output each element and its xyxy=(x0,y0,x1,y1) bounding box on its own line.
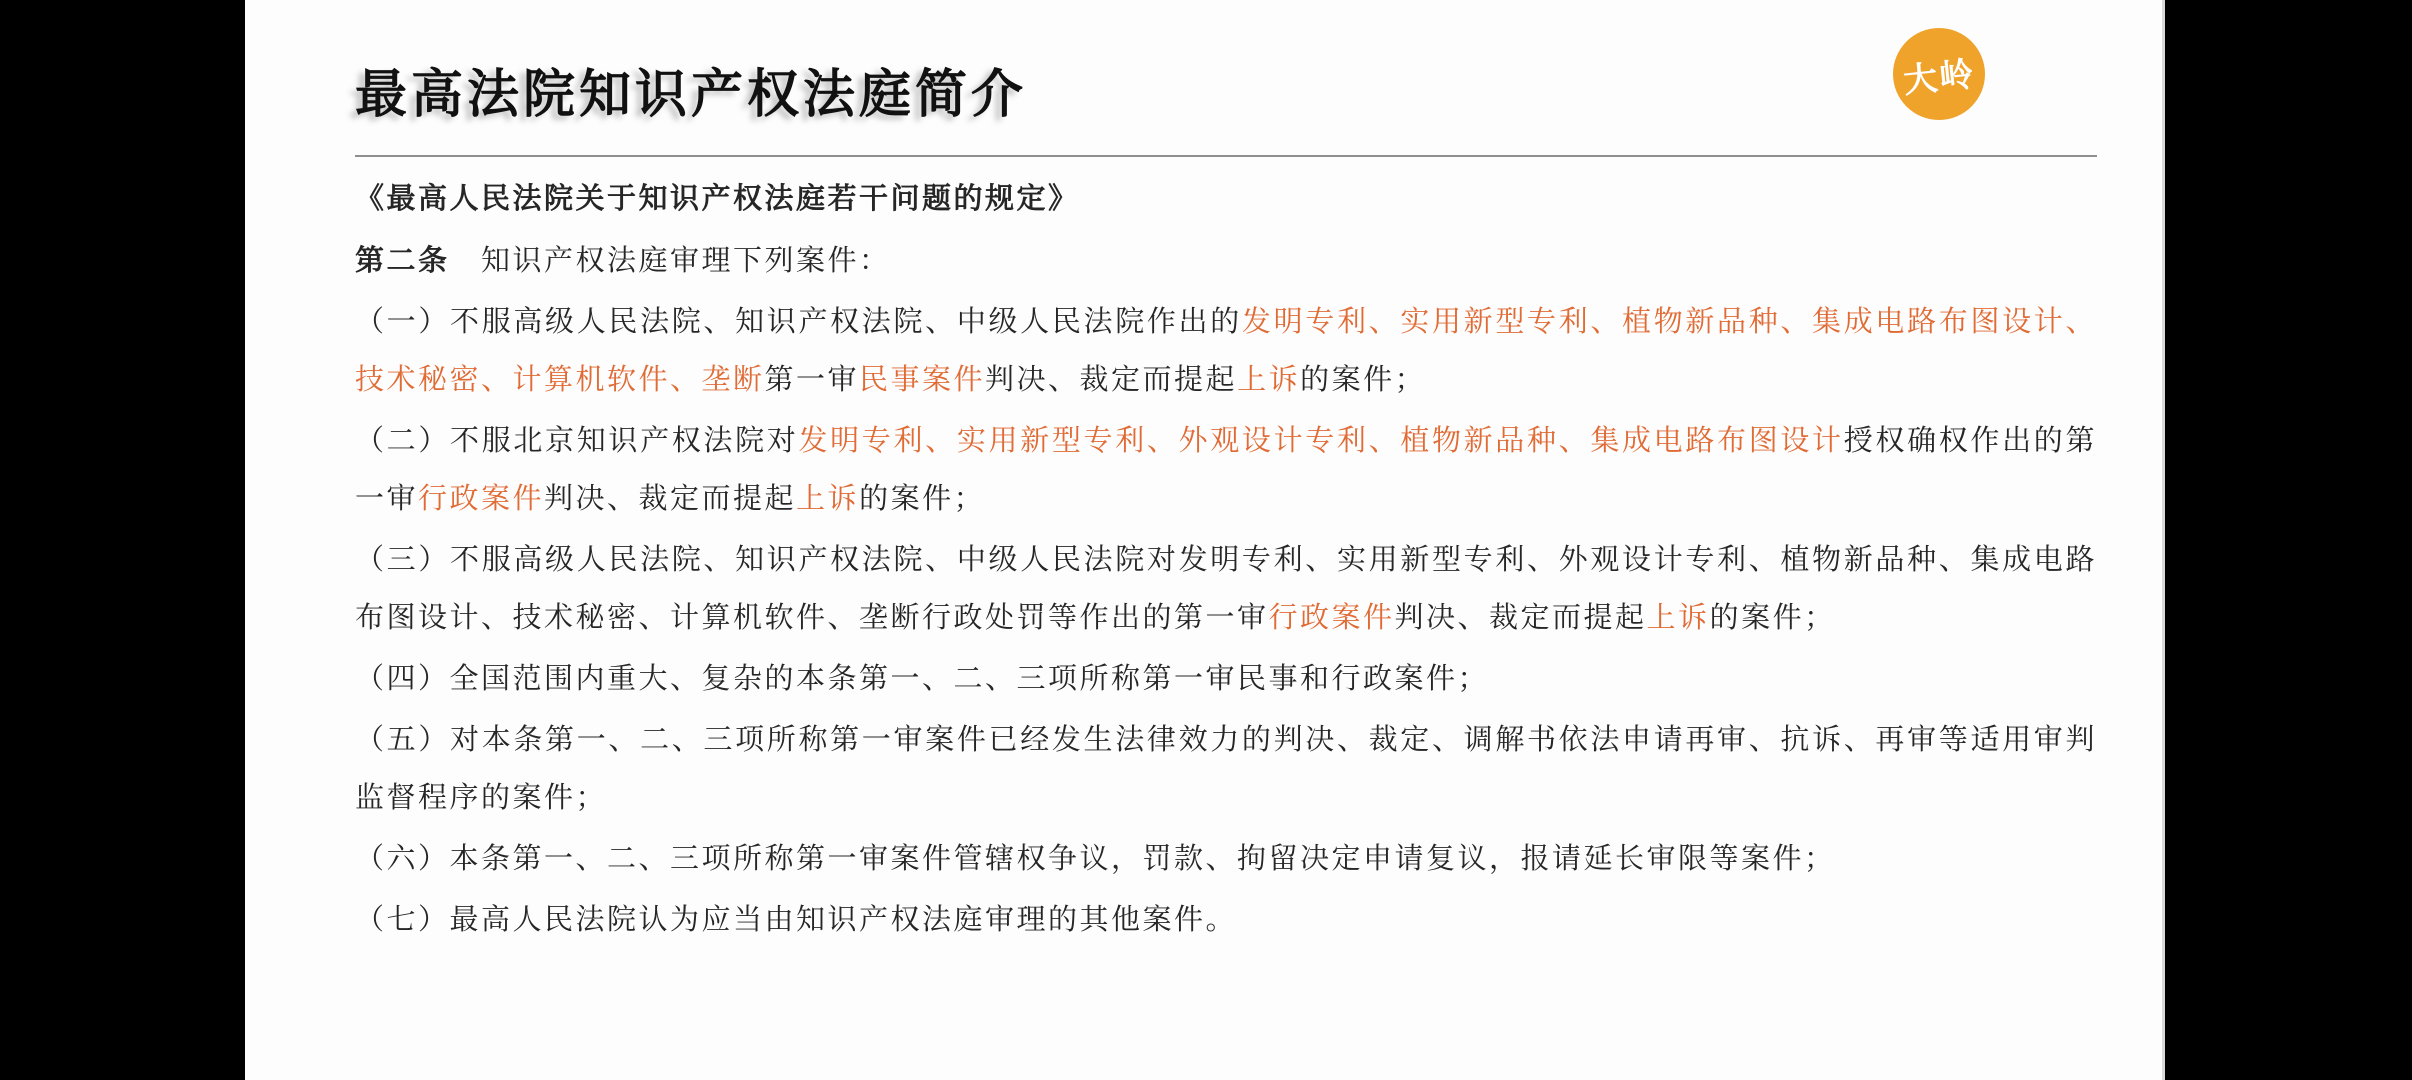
paragraph: 第二条 知识产权法庭审理下列案件： xyxy=(355,232,2097,290)
paragraph: （六）本条第一、二、三项所称第一审案件管辖权争议，罚款、拘留决定申请复议，报请延… xyxy=(355,830,2097,888)
paragraph: （五）对本条第一、二、三项所称第一审案件已经发生法律效力的判决、裁定、调解书依法… xyxy=(355,711,2097,827)
paragraph: （四）全国范围内重大、复杂的本条第一、二、三项所称第一审民事和行政案件； xyxy=(355,650,2097,708)
video-frame: 最高法院知识产权法庭简介 大岭 《最高人民法院关于知识产权法庭若干问题的规定》 … xyxy=(0,0,2412,1080)
body-text: 知识产权法庭审理下列案件： xyxy=(450,245,891,277)
body-text: 判决、裁定而提起 xyxy=(544,483,796,515)
highlighted-term: 行政案件 xyxy=(1269,602,1395,634)
body-text: （四）全国范围内重大、复杂的本条第一、二、三项所称第一审民事和行政案件； xyxy=(355,663,1489,695)
daling-logo: 大岭 xyxy=(1893,28,1985,120)
body-text: 第一审 xyxy=(765,364,860,396)
highlighted-term: 发明专利、实用新型专利、外观设计专利、植物新品种、集成电路布图设计 xyxy=(798,425,1843,457)
highlighted-term: 上诉 xyxy=(1237,364,1300,396)
slide-edge-line xyxy=(2162,0,2165,1080)
body-text: （一）不服高级人民法院、知识产权法院、中级人民法院作出的 xyxy=(355,306,1242,338)
regulation-title: 《最高人民法院关于知识产权法庭若干问题的规定》 xyxy=(355,170,2097,228)
document-body: 《最高人民法院关于知识产权法庭若干问题的规定》 第二条 知识产权法庭审理下列案件… xyxy=(355,170,2097,952)
body-text: （七）最高人民法院认为应当由知识产权法庭审理的其他案件。 xyxy=(355,904,1237,936)
body-text: 的案件； xyxy=(1300,364,1426,396)
body-text: 的案件； xyxy=(859,483,985,515)
paragraph: （七）最高人民法院认为应当由知识产权法庭审理的其他案件。 xyxy=(355,891,2097,949)
paragraph: （一）不服高级人民法院、知识产权法院、中级人民法院作出的发明专利、实用新型专利、… xyxy=(355,293,2097,409)
body-text: （五）对本条第一、二、三项所称第一审案件已经发生法律效力的判决、裁定、调解书依法… xyxy=(355,724,2097,814)
highlighted-term: 上诉 xyxy=(796,483,859,515)
presentation-slide: 最高法院知识产权法庭简介 大岭 《最高人民法院关于知识产权法庭若干问题的规定》 … xyxy=(245,0,2165,1080)
body-text: （六）本条第一、二、三项所称第一审案件管辖权争议，罚款、拘留决定申请复议，报请延… xyxy=(355,843,1836,875)
body-text: （二）不服北京知识产权法院对 xyxy=(355,425,798,457)
paragraph: （二）不服北京知识产权法院对发明专利、实用新型专利、外观设计专利、植物新品种、集… xyxy=(355,412,2097,528)
body-text: 判决、裁定而提起 xyxy=(1395,602,1647,634)
page-title: 最高法院知识产权法庭简介 xyxy=(355,52,1027,127)
body-text: 判决、裁定而提起 xyxy=(985,364,1237,396)
title-divider xyxy=(355,155,2097,157)
highlighted-term: 民事案件 xyxy=(859,364,985,396)
highlighted-term: 上诉 xyxy=(1647,602,1710,634)
body-text: 的案件； xyxy=(1710,602,1836,634)
daling-logo-text: 大岭 xyxy=(1901,46,1978,102)
body-text: 第二条 xyxy=(355,245,450,277)
highlighted-term: 行政案件 xyxy=(418,483,544,515)
paragraph: （三）不服高级人民法院、知识产权法院、中级人民法院对发明专利、实用新型专利、外观… xyxy=(355,531,2097,647)
